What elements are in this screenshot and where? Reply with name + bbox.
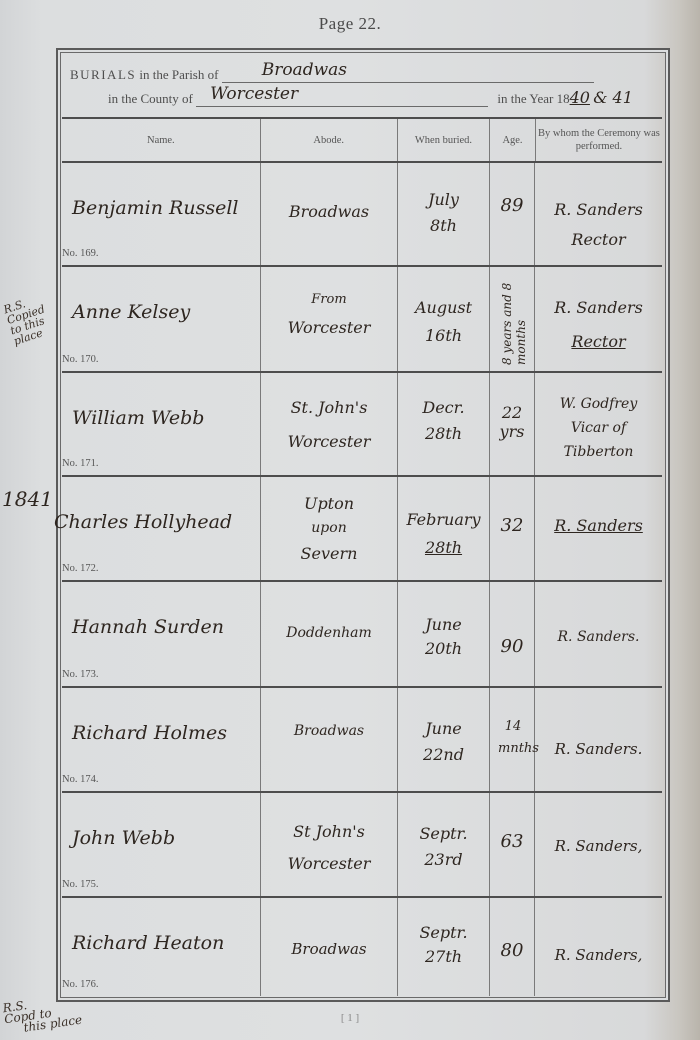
table-row: Richard HeatonNo. 176. Broadwas Septr.27… [62, 898, 662, 996]
entry-abode-line1: St John's [261, 819, 397, 845]
entry-abode-line2: Worcester [261, 429, 397, 455]
table-row: William WebbNo. 171. St. John'sWorcester… [62, 373, 662, 477]
entry-when-day: 27th [398, 944, 489, 970]
entry-when-month: Septr. [398, 821, 489, 847]
entry-officiant: W. Godfrey [535, 391, 662, 417]
table-row: Anne KelseyNo. 170. FromWorcester August… [62, 267, 662, 373]
entry-officiant: R. Sanders [535, 513, 662, 539]
entry-number: No. 176. [62, 979, 98, 990]
entry-officiant: R. Sanders. [535, 624, 662, 650]
entry-when-day: 8th [398, 213, 489, 239]
entry-officiant: R. Sanders [535, 197, 662, 223]
entry-officiant: R. Sanders, [535, 833, 662, 859]
table-row: Charles HollyheadNo. 172. UptonuponSever… [62, 477, 662, 582]
entry-name: Hannah Surden [72, 616, 224, 638]
entry-age: 89 [490, 195, 534, 216]
signature-mark: [ 1 ] [0, 1012, 700, 1024]
entry-when-day: 28th [398, 421, 489, 447]
parish-value: Broadwas [262, 60, 347, 80]
entry-name: Richard Heaton [72, 932, 224, 954]
entry-name: Benjamin Russell [72, 197, 238, 219]
entry-officiant-title: Vicar of [535, 415, 662, 441]
entry-officiant: R. Sanders, [535, 942, 662, 968]
entry-when-month: August [398, 295, 489, 321]
entry-when-day: 23rd [398, 847, 489, 873]
entry-number: No. 173. [62, 669, 98, 680]
register-heading: BURIALS in the Parish of Broadwas in the… [62, 52, 662, 116]
entry-number: No. 174. [62, 774, 98, 785]
table-row: John WebbNo. 175. St John'sWorcester Sep… [62, 793, 662, 898]
entry-number: No. 175. [62, 879, 98, 890]
table-row: Benjamin RussellNo. 169. Broadwas July8t… [62, 163, 662, 267]
header-when-buried: When buried. [398, 119, 490, 161]
entry-age: 32 [490, 515, 534, 536]
margin-note-copied: R.S. Copied to this place [2, 293, 53, 347]
entry-name: William Webb [72, 407, 204, 429]
entry-officiant-title: Rector [535, 227, 662, 253]
entry-name: Richard Holmes [72, 722, 227, 744]
table-header: Name. Abode. When buried. Age. By whom t… [62, 119, 662, 163]
burials-table: Name. Abode. When buried. Age. By whom t… [62, 117, 662, 996]
entry-when-day: 16th [398, 323, 489, 349]
page-title: Page 22. [0, 14, 700, 34]
entry-age: 90 [490, 636, 534, 657]
margin-year-1841: 1841 [2, 487, 53, 511]
table-row: Richard HolmesNo. 174. Broadwas June22nd… [62, 688, 662, 793]
entry-number: No. 169. [62, 248, 98, 259]
header-officiant: By whom the Ceremony was performed. [536, 119, 662, 161]
year-value: 40 [570, 88, 590, 107]
parish-field: Broadwas [222, 64, 594, 83]
entry-abode-line1: St. John's [261, 395, 397, 421]
entry-when-month: Decr. [398, 395, 489, 421]
burials-label: BURIALS [70, 67, 136, 82]
entry-name: Anne Kelsey [72, 301, 190, 323]
entry-age: 80 [490, 940, 534, 961]
entry-when-month: July [398, 187, 489, 213]
entry-age: 63 [490, 831, 534, 852]
entry-when-month: Septr. [398, 920, 489, 946]
entry-name: Charles Hollyhead [54, 511, 232, 533]
entry-when-month: June [398, 716, 489, 742]
table-row: Hannah SurdenNo. 173. Doddenham June20th… [62, 582, 662, 688]
entry-officiant: R. Sanders [535, 295, 662, 321]
county-value: Worcester [210, 84, 298, 104]
entry-age: 22 yrs [490, 403, 534, 441]
entry-age: 8 years and 8 months [500, 275, 528, 365]
entry-abode-line3: Severn [261, 541, 397, 567]
entry-abode-line2: Worcester [261, 315, 397, 341]
entry-officiant-parish: Tibberton [535, 439, 662, 465]
header-age: Age. [490, 119, 536, 161]
entry-when-day: 22nd [398, 742, 489, 768]
entry-number: No. 170. [62, 354, 98, 365]
entry-when-month: February [398, 507, 489, 533]
year-addendum: & 41 [593, 88, 633, 107]
entry-number: No. 172. [62, 563, 98, 574]
entry-abode: Broadwas [261, 199, 397, 225]
parish-prefix: in the Parish of [139, 67, 218, 82]
entry-abode: Broadwas [261, 718, 397, 744]
entry-abode-line2: upon [261, 515, 397, 541]
entry-name: John Webb [72, 827, 175, 849]
entry-abode: Broadwas [261, 936, 397, 962]
entry-age: 14 mnths [498, 716, 528, 760]
entry-when-month: June [398, 612, 489, 638]
entry-abode-line1: From [261, 287, 397, 313]
entry-abode-line2: Worcester [261, 851, 397, 877]
entry-number: No. 171. [62, 458, 98, 469]
year-prefix: in the Year 18 [497, 91, 569, 106]
entry-when-day: 20th [398, 636, 489, 662]
entry-when-day: 28th [398, 535, 489, 561]
entry-officiant-title: Rector [535, 329, 662, 355]
entry-abode: Doddenham [261, 620, 397, 646]
county-prefix: in the County of [108, 91, 193, 106]
header-abode: Abode. [261, 119, 398, 161]
entry-abode-line1: Upton [261, 491, 397, 517]
entry-officiant: R. Sanders. [535, 736, 662, 762]
county-field: Worcester [196, 88, 488, 107]
header-name: Name. [62, 119, 261, 161]
